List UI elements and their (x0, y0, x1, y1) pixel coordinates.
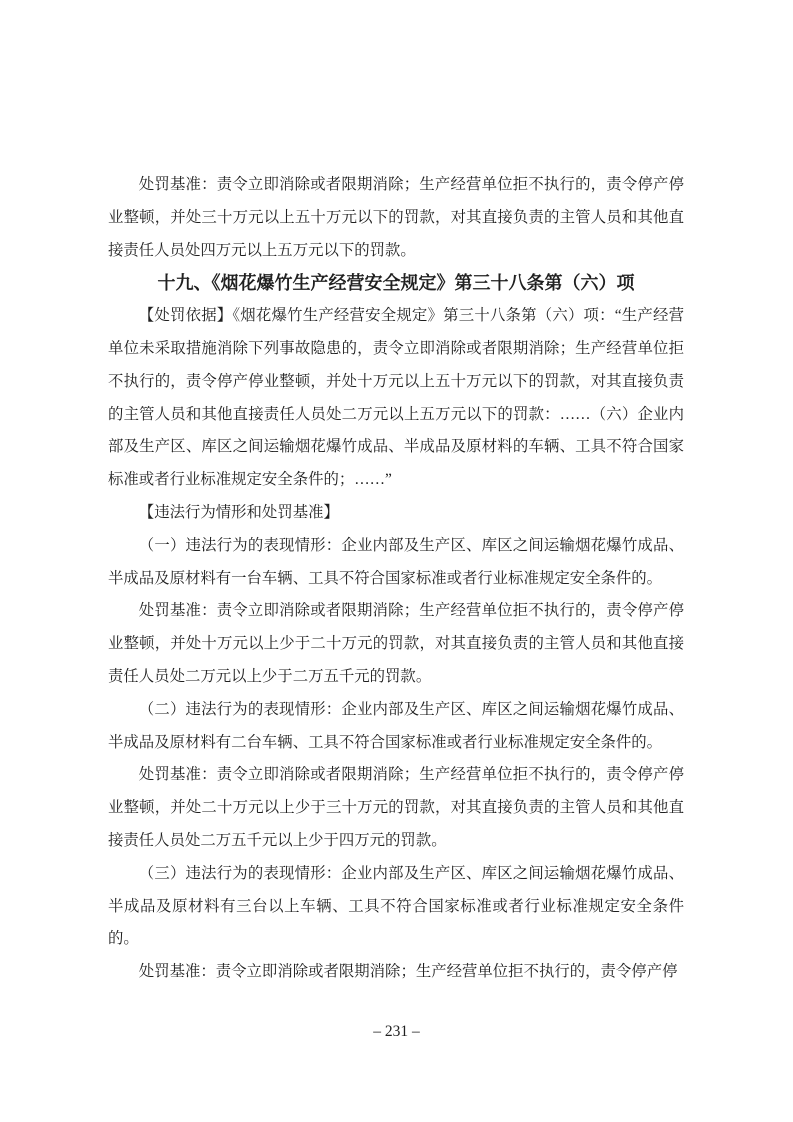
section-heading: 十九、《烟花爆竹生产经营安全规定》第三十八条第（六）项 (108, 267, 684, 300)
paragraph: 【处罚依据】《烟花爆竹生产经营安全规定》第三十八条第（六）项：“生产经营单位未采… (108, 300, 684, 497)
paragraph: 处罚基准：责令立即消除或者限期消除；生产经营单位拒不执行的，责令停产停业整顿，并… (108, 759, 684, 857)
document-body: 处罚基准：责令立即消除或者限期消除；生产经营单位拒不执行的，责令停产停业整顿，并… (108, 169, 684, 989)
document-page: 处罚基准：责令立即消除或者限期消除；生产经营单位拒不执行的，责令停产停业整顿，并… (0, 0, 793, 1122)
paragraph: （三）违法行为的表现情形：企业内部及生产区、库区之间运输烟花爆竹成品、半成品及原… (108, 858, 684, 956)
page-number: – 231 – (0, 1021, 793, 1043)
paragraph: （一）违法行为的表现情形：企业内部及生产区、库区之间运输烟花爆竹成品、半成品及原… (108, 530, 684, 596)
paragraph: 处罚基准：责令立即消除或者限期消除；生产经营单位拒不执行的，责令停产停业整顿，并… (108, 169, 684, 267)
paragraph: 处罚基准：责令立即消除或者限期消除；生产经营单位拒不执行的，责令停产停 (108, 956, 684, 989)
paragraph: （二）违法行为的表现情形：企业内部及生产区、库区之间运输烟花爆竹成品、半成品及原… (108, 694, 684, 760)
paragraph: 【违法行为情形和处罚基准】 (108, 497, 684, 530)
paragraph: 处罚基准：责令立即消除或者限期消除；生产经营单位拒不执行的，责令停产停业整顿，并… (108, 595, 684, 693)
